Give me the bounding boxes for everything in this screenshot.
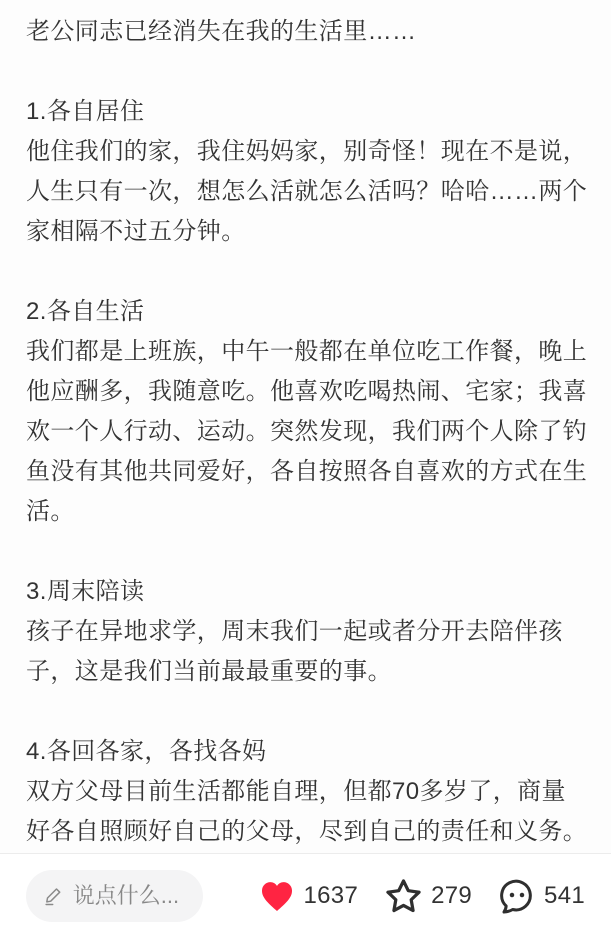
collect-button[interactable]: 279	[383, 876, 472, 917]
post-content: 老公同志已经消失在我的生活里…… 1.各自居住 他住我们的家，我住妈妈家，别奇怪…	[26, 12, 588, 852]
post-section-1: 1.各自居住 他住我们的家，我住妈妈家，别奇怪！现在不是说，人生只有一次，想怎么…	[26, 92, 588, 252]
section-heading: 1.各自居住	[26, 92, 588, 132]
pencil-icon	[43, 883, 64, 909]
section-body: 孩子在异地求学，周末我们一起或者分开去陪伴孩子，这是我们当前最最重要的事。	[26, 612, 588, 692]
comment-count: 541	[544, 882, 585, 910]
comment-input-pill[interactable]	[26, 870, 203, 922]
like-button[interactable]: 1637	[257, 876, 359, 916]
star-icon	[383, 876, 424, 917]
heart-icon	[257, 876, 297, 916]
section-heading: 4.各回各家，各找各妈	[26, 732, 588, 772]
post-section-4: 4.各回各家，各找各妈 双方父母目前生活都能自理，但都70多岁了，商量好各自照顾…	[26, 732, 588, 852]
like-count: 1637	[304, 882, 359, 910]
section-heading: 2.各自生活	[26, 292, 588, 332]
note-detail-screen: 老公同志已经消失在我的生活里…… 1.各自居住 他住我们的家，我住妈妈家，别奇怪…	[0, 0, 611, 938]
post-section-2: 2.各自生活 我们都是上班族，中午一般都在单位吃工作餐，晚上他应酬多，我随意吃。…	[26, 292, 588, 532]
bottom-action-bar: 1637 279 541	[0, 853, 611, 938]
stats-group: 1637 279 541	[257, 876, 586, 917]
post-title: 老公同志已经消失在我的生活里……	[26, 12, 588, 52]
section-heading: 3.周末陪读	[26, 572, 588, 612]
post-section-3: 3.周末陪读 孩子在异地求学，周末我们一起或者分开去陪伴孩子，这是我们当前最最重…	[26, 572, 588, 692]
section-body: 双方父母目前生活都能自理，但都70多岁了，商量好各自照顾好自己的父母，尽到自己的…	[26, 772, 588, 852]
section-body: 他住我们的家，我住妈妈家，别奇怪！现在不是说，人生只有一次，想怎么活就怎么活吗？…	[26, 132, 588, 252]
collect-count: 279	[431, 882, 472, 910]
chat-bubble-icon	[497, 876, 537, 916]
section-body: 我们都是上班族，中午一般都在单位吃工作餐，晚上他应酬多，我随意吃。他喜欢吃喝热闹…	[26, 332, 588, 532]
comment-input[interactable]	[73, 883, 191, 909]
comment-button[interactable]: 541	[497, 876, 585, 916]
